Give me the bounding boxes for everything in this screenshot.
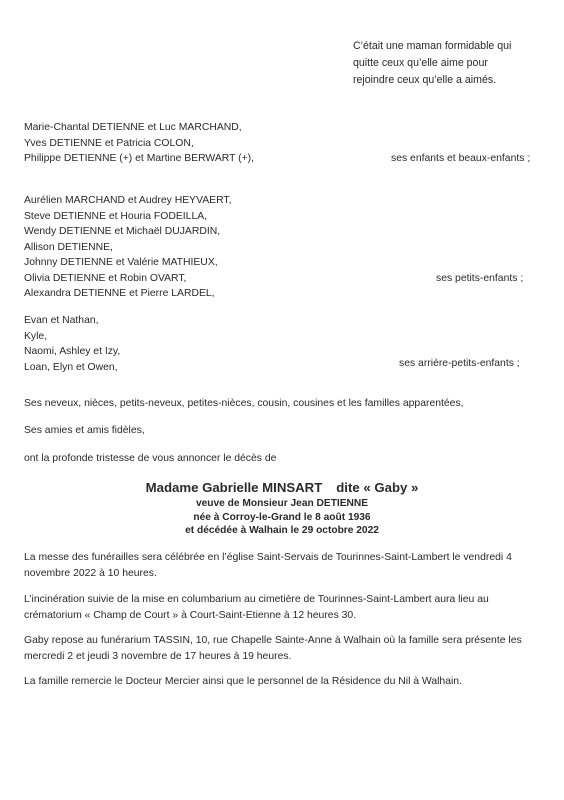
relatives-line: Ses neveux, nièces, petits-neveux, petit… xyxy=(24,396,464,412)
family-member: Johnny DETIENNE et Valérie MATHIEUX, xyxy=(24,255,232,271)
great-grandchildren-role: ses arrière-petits-enfants ; xyxy=(399,356,520,372)
obituary-page: C’était une maman formidable qui quitte … xyxy=(0,0,564,800)
family-member: Olivia DETIENNE et Robin OVART, xyxy=(24,271,232,287)
deceased-nickname: dite « Gaby » xyxy=(336,480,418,495)
family-member: Philippe DETIENNE (+) et Martine BERWART… xyxy=(24,151,254,167)
funeral-mass-paragraph: La messe des funérailles sera célébrée e… xyxy=(24,550,544,581)
family-member: Naomi, Ashley et Izy, xyxy=(24,344,120,360)
motto: C’était une maman formidable qui quitte … xyxy=(353,38,511,89)
family-member: Steve DETIENNE et Houria FODEILLA, xyxy=(24,209,232,225)
announcement-intro: ont la profonde tristesse de vous annonc… xyxy=(24,451,276,467)
motto-line: quitte ceux qu’elle aime pour xyxy=(353,55,511,72)
family-member: Loan, Elyn et Owen, xyxy=(24,360,120,376)
deceased-block: Madame Gabrielle MINSARTdite « Gaby » ve… xyxy=(0,479,564,538)
grandchildren-role: ses petits-enfants ; xyxy=(436,271,523,287)
deceased-name: Madame Gabrielle MINSART xyxy=(146,480,323,495)
motto-line: rejoindre ceux qu’elle a aimés. xyxy=(353,72,511,89)
deceased-name-line: Madame Gabrielle MINSARTdite « Gaby » xyxy=(0,479,564,497)
friends-line: Ses amies et amis fidèles, xyxy=(24,423,145,439)
cremation-paragraph: L’incinération suivie de la mise en colu… xyxy=(24,592,544,623)
family-member: Evan et Nathan, xyxy=(24,313,120,329)
motto-line: C’était une maman formidable qui xyxy=(353,38,511,55)
birth-info: née à Corroy-le-Grand le 8 août 1936 xyxy=(0,511,564,525)
funeral-home-paragraph: Gaby repose au funérarium TASSIN, 10, ru… xyxy=(24,633,544,664)
family-member: Allison DETIENNE, xyxy=(24,240,232,256)
family-member: Kyle, xyxy=(24,329,120,345)
family-member: Marie-Chantal DETIENNE et Luc MARCHAND, xyxy=(24,120,254,136)
family-member: Aurélien MARCHAND et Audrey HEYVAERT, xyxy=(24,193,232,209)
family-member: Alexandra DETIENNE et Pierre LARDEL, xyxy=(24,286,232,302)
family-member: Yves DETIENNE et Patricia COLON, xyxy=(24,136,254,152)
great-grandchildren-list: Evan et Nathan, Kyle, Naomi, Ashley et I… xyxy=(24,313,120,375)
children-role: ses enfants et beaux-enfants ; xyxy=(391,151,530,167)
family-member: Wendy DETIENNE et Michaël DUJARDIN, xyxy=(24,224,232,240)
thanks-paragraph: La famille remercie le Docteur Mercier a… xyxy=(24,674,544,690)
death-info: et décédée à Walhain le 29 octobre 2022 xyxy=(0,524,564,538)
grandchildren-list: Aurélien MARCHAND et Audrey HEYVAERT, St… xyxy=(24,193,232,302)
children-list: Marie-Chantal DETIENNE et Luc MARCHAND, … xyxy=(24,120,254,167)
widow-of: veuve de Monsieur Jean DETIENNE xyxy=(0,497,564,511)
